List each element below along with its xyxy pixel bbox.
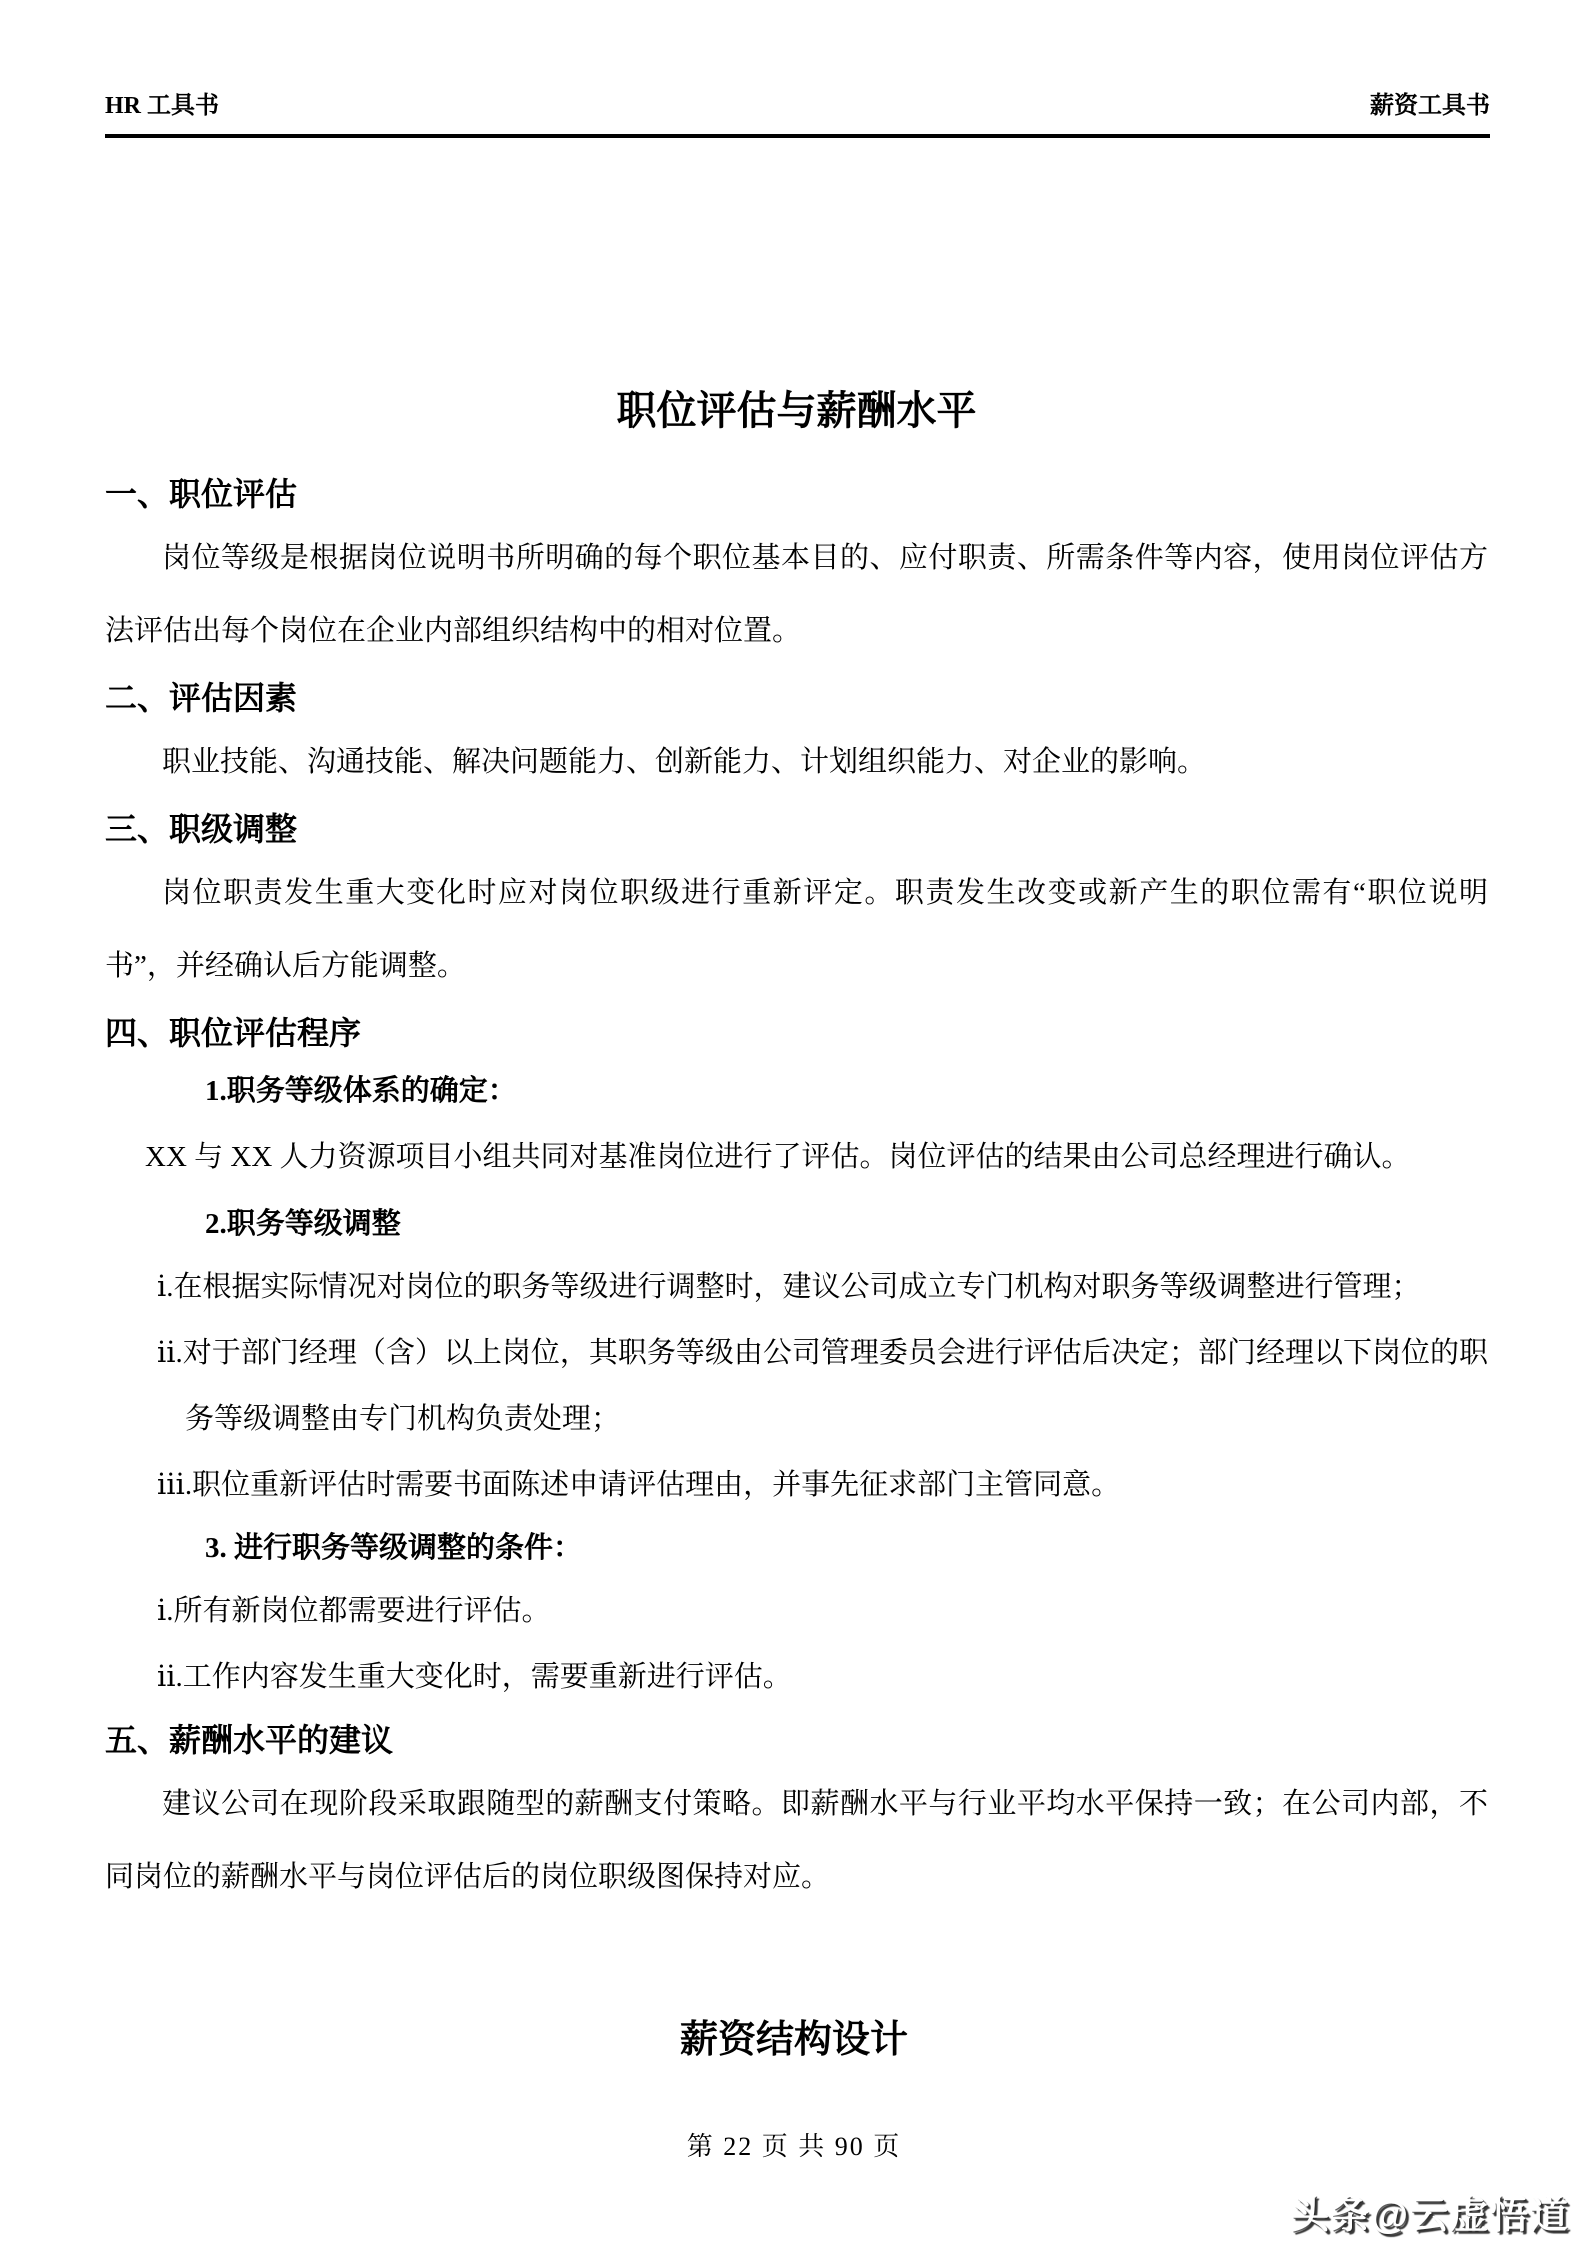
list-item: ⅰ.在根据实际情况对岗位的职务等级进行调整时，建议公司成立专门机构对职务等级调整… [105,1254,1488,1320]
paragraph: 建议公司在现阶段采取跟随型的薪酬支付策略。即薪酬水平与行业平均水平保持一致；在公… [105,1768,1488,1914]
section-heading-1: 一、职位评估 [105,472,1488,516]
numbered-subheading: 3. 进行职务等级调整的条件： [205,1518,1488,1578]
section-heading-4: 四、职位评估程序 [105,1011,1488,1055]
header-left-title: HR 工具书 [105,90,219,122]
document-body: 职位评估与薪酬水平 一、职位评估 岗位等级是根据岗位说明书所明确的每个职位基本目… [105,386,1488,1914]
page-footer: 第 22 页 共 90 页 [0,2126,1588,2163]
paragraph: 岗位职责发生重大变化时应对岗位职级进行重新评定。职责发生改变或新产生的职位需有“… [105,857,1488,1003]
page-number: 第 22 页 共 90 页 [687,2132,902,2161]
section-heading-3: 三、职级调整 [105,807,1488,851]
page-header: HR 工具书 薪资工具书 [105,90,1490,138]
paragraph: 岗位等级是根据岗位说明书所明确的每个职位基本目的、应付职责、所需条件等内容，使用… [105,522,1488,668]
list-item: ⅱ.工作内容发生重大变化时，需要重新进行评估。 [105,1644,1488,1710]
numbered-subheading: 1.职务等级体系的确定： [205,1061,1488,1121]
page-title: 职位评估与薪酬水平 [105,386,1488,436]
list-item: ⅱ.对于部门经理（含）以上岗位，其职务等级由公司管理委员会进行评估后决定；部门经… [105,1320,1488,1452]
document-page: HR 工具书 薪资工具书 职位评估与薪酬水平 一、职位评估 岗位等级是根据岗位说… [0,0,1588,2245]
section-heading-2: 二、评估因素 [105,676,1488,720]
paragraph: 职业技能、沟通技能、解决问题能力、创新能力、计划组织能力、对企业的影响。 [105,726,1488,799]
numbered-subheading: 2.职务等级调整 [205,1194,1488,1254]
paragraph: XX 与 XX 人力资源项目小组共同对基准岗位进行了评估。岗位评估的结果由公司总… [105,1121,1488,1194]
watermark: 头条@云虚悟道 [1291,2184,1570,2239]
next-chapter-title: 薪资结构设计 [0,2008,1588,2063]
list-item: ⅰ.所有新岗位都需要进行评估。 [105,1578,1488,1644]
section-heading-5: 五、薪酬水平的建议 [105,1718,1488,1762]
list-item: ⅲ.职位重新评估时需要书面陈述申请评估理由，并事先征求部门主管同意。 [105,1452,1488,1518]
header-right-title: 薪资工具书 [1370,90,1490,122]
